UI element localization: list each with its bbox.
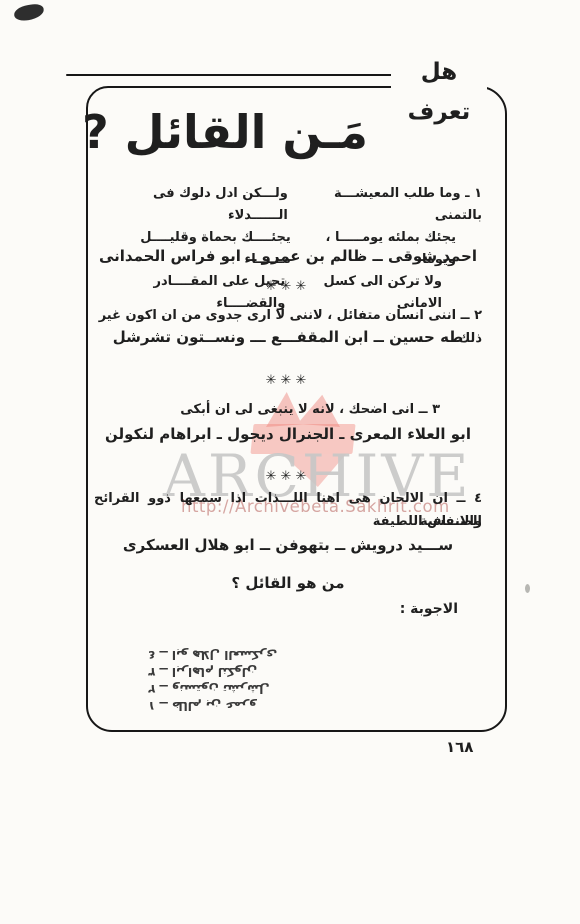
page-number: ١٦٨ (446, 738, 486, 756)
quiz-item-2-choices: طه حسين ــ ابن المقفـــع ـــ ونســتون تش… (94, 328, 482, 346)
scan-artifact-blob (13, 3, 45, 23)
quiz-item-4-choices: ســـيد درويش ــ بتهوفن ــ ابو هلال العسك… (94, 536, 482, 554)
top-rule-line (66, 74, 397, 76)
answers-inverted-block: ١ ــ ظالم بن عمرو ٢ ــ ونستون تشرشل ٣ ــ… (148, 644, 326, 714)
section-header-tab: هل تعرف (391, 52, 487, 92)
scanned-quiz-page: ARCHIVE http://Archivebeta.Sakhrit.com ه… (0, 0, 580, 924)
hemistich-left: ولـــكن ادل دلوك فى الــــــدلاء (94, 183, 288, 227)
quiz-item-3-choices: ابو العلاء المعرى ـ الجنرال ديجول ـ ابرا… (94, 425, 482, 443)
poem-line: ١ ـ وما طلب المعيشـــة بالتمنى ولـــكن ا… (94, 183, 482, 227)
answers-label: الاجوبة : (94, 601, 482, 617)
quiz-item-3-text: ٣ ــ انى اضحك ، لانه لا ينبغى لى ان أبكى (94, 398, 482, 421)
answer-line: ٢ ــ ونستون تشرشل (148, 680, 326, 697)
separator-stars: ✳✳✳ (94, 469, 482, 484)
answer-line: ٤ ــ ابو هلال العسكرى (148, 646, 326, 663)
answer-line: ١ ــ ظالم بن عمرو (148, 697, 326, 714)
page-title: مَـن القائل ? (78, 88, 372, 176)
answer-line: ٣ ــ ابراهام لنكولن (148, 663, 326, 680)
footer-question: من هو القائل ؟ (94, 574, 482, 592)
quiz-item-1-choices: احمد شوقى ــ ظالم بن عمرو ــ ابو فراس ال… (94, 247, 482, 265)
hemistich-right: ١ ـ وما طلب المعيشـــة بالتمنى (288, 183, 482, 227)
scan-artifact-speck (525, 584, 530, 593)
quiz-item-4-text-line2: والانفس اللطيفة (94, 510, 482, 533)
separator-stars: ✳✳✳ (94, 279, 482, 294)
separator-stars: ✳✳✳ (94, 373, 482, 388)
